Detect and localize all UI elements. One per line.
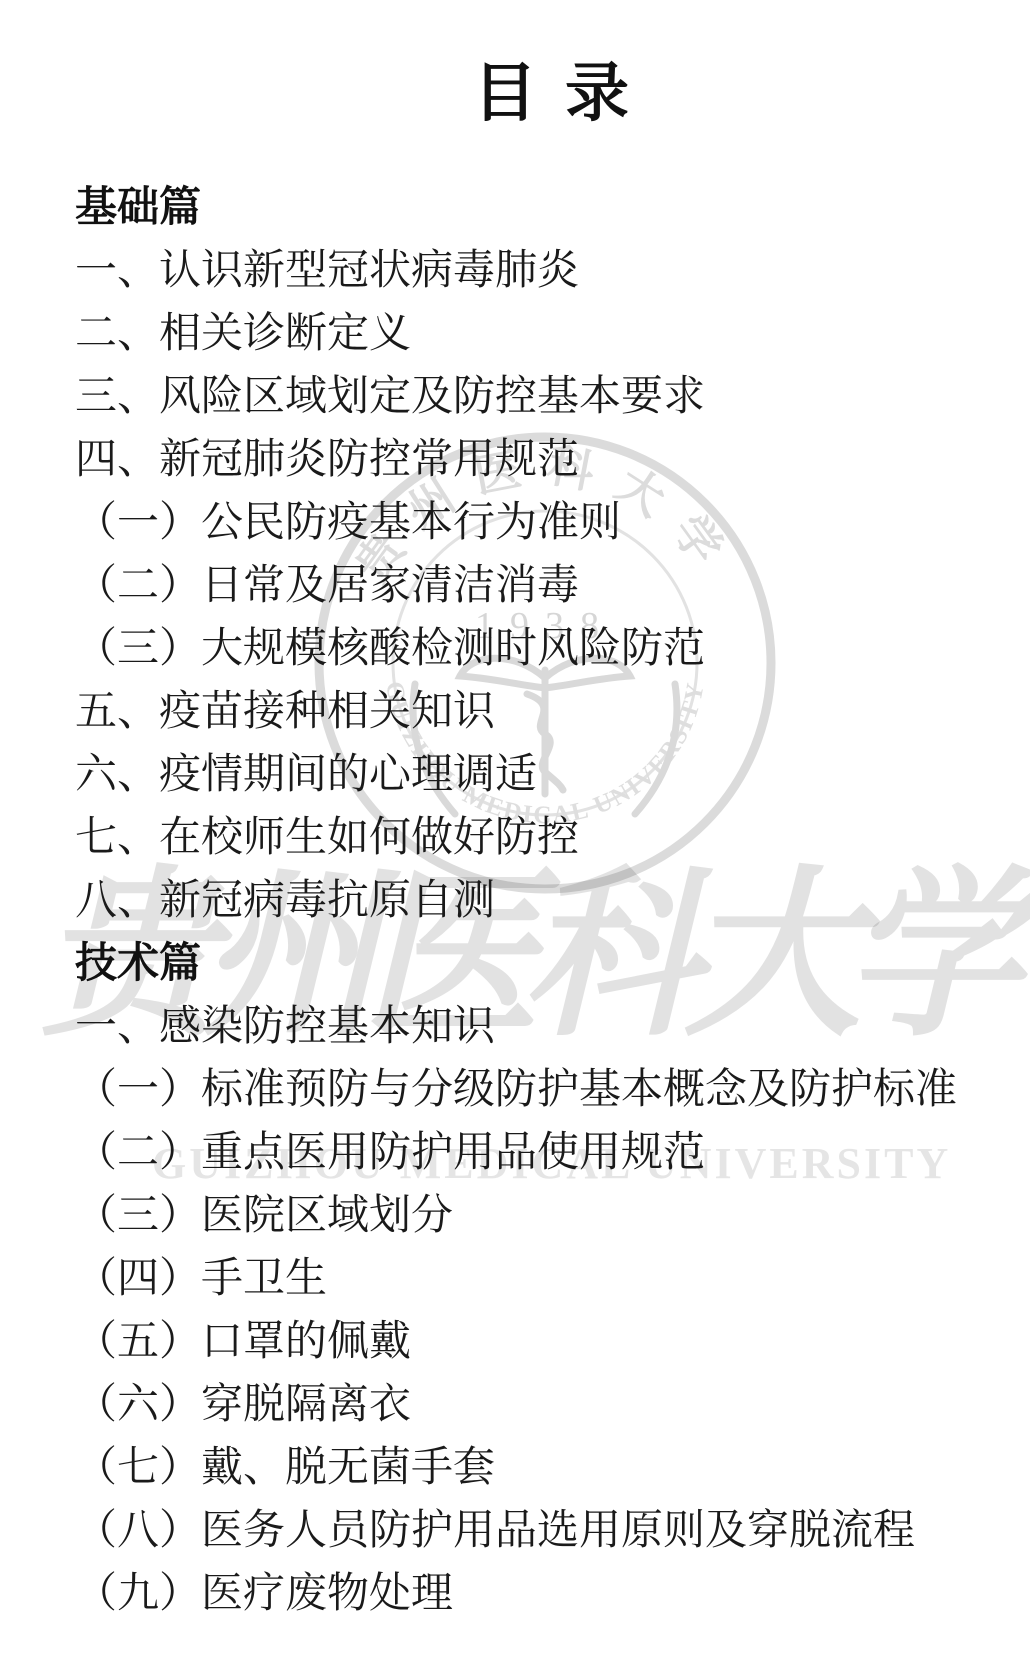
table-of-contents: 基础篇 一、认识新型冠状病毒肺炎 二、相关诊断定义 三、风险区域划定及防控基本要… — [75, 172, 1010, 1621]
toc-item: （一）标准预防与分级防护基本概念及防护标准 — [75, 1054, 1010, 1117]
toc-item: （八）医务人员防护用品选用原则及穿脱流程 — [75, 1495, 1010, 1558]
document-page: 贵州医科大学 GUIZHOU MEDICAL UNIVERSITY 1938 贵… — [0, 0, 1030, 1660]
toc-item: 六、疫情期间的心理调适 — [75, 739, 1010, 802]
toc-item: 一、感染防控基本知识 — [75, 991, 1010, 1054]
toc-item: 七、在校师生如何做好防控 — [75, 802, 1010, 865]
toc-item: （二）日常及居家清洁消毒 — [75, 550, 1010, 613]
toc-item: （五）口罩的佩戴 — [75, 1306, 1010, 1369]
toc-item: （九）医疗废物处理 — [75, 1558, 1010, 1621]
toc-item: 一、认识新型冠状病毒肺炎 — [75, 235, 1010, 298]
toc-item: 二、相关诊断定义 — [75, 298, 1010, 361]
section-heading-technical: 技术篇 — [75, 928, 1010, 991]
toc-item: （二）重点医用防护用品使用规范 — [75, 1117, 1010, 1180]
toc-item: 四、新冠肺炎防控常用规范 — [75, 424, 1010, 487]
toc-item: （七）戴、脱无菌手套 — [75, 1432, 1010, 1495]
toc-item: 三、风险区域划定及防控基本要求 — [75, 361, 1010, 424]
toc-item: （六）穿脱隔离衣 — [75, 1369, 1010, 1432]
toc-item: （一）公民防疫基本行为准则 — [75, 487, 1010, 550]
toc-item: 五、疫苗接种相关知识 — [75, 676, 1010, 739]
page-title: 目 录 — [0, 52, 1030, 136]
toc-item: 八、新冠病毒抗原自测 — [75, 865, 1010, 928]
toc-content: 目 录 基础篇 一、认识新型冠状病毒肺炎 二、相关诊断定义 三、风险区域划定及防… — [0, 0, 1030, 1660]
toc-item: （三）大规模核酸检测时风险防范 — [75, 613, 1010, 676]
toc-item: （四）手卫生 — [75, 1243, 1010, 1306]
toc-item: （三）医院区域划分 — [75, 1180, 1010, 1243]
section-heading-basics: 基础篇 — [75, 172, 1010, 235]
